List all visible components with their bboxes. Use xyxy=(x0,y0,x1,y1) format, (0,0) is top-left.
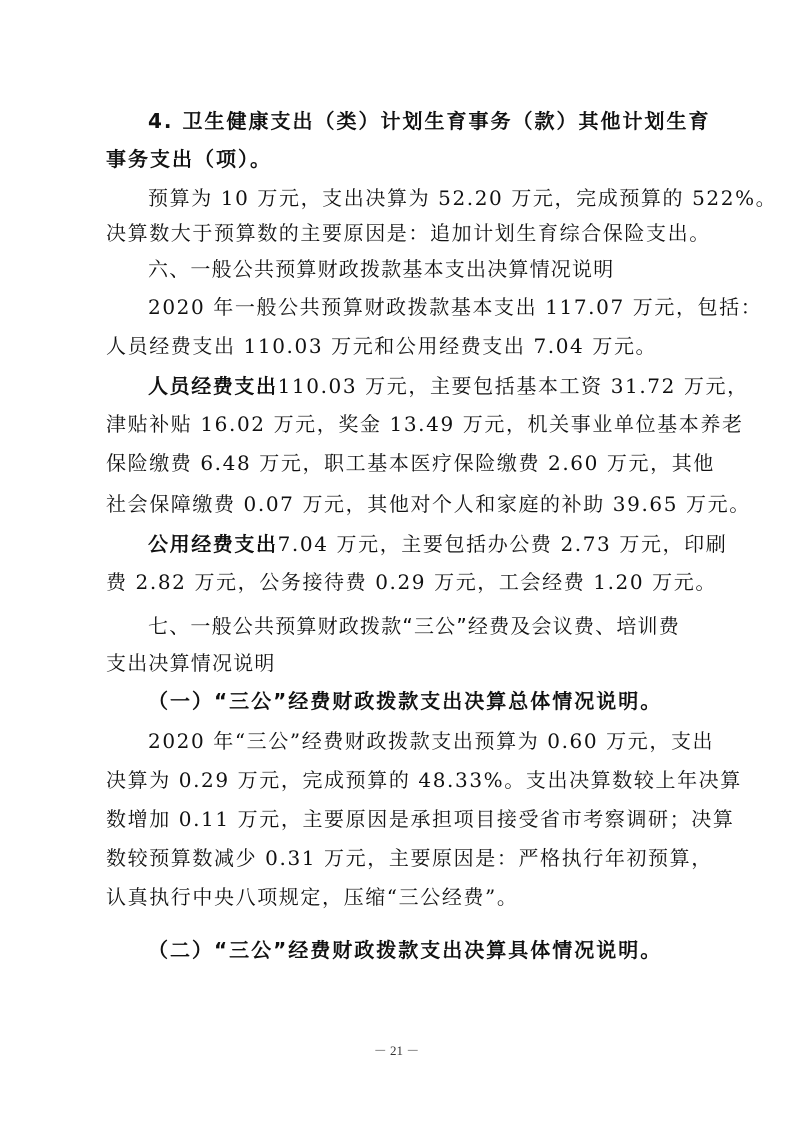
body-text: 保险缴费 6.48 万元，职工基本医疗保险缴费 2.60 万元，其他 xyxy=(106,448,715,478)
paragraph-line: 人员经费支出 110.03 万元和公用经费支出 7.04 万元。 xyxy=(0,331,793,361)
body-text: 数增加 0.11 万元，主要原因是承担项目接受省市考察调研；决算 xyxy=(106,804,734,834)
bold-term: 人员经费支出 xyxy=(148,371,278,401)
paragraph-line: 津贴补贴 16.02 万元，奖金 13.49 万元，机关事业单位基本养老 xyxy=(0,409,793,439)
heading-text: 4. 卫生健康支出（类）计划生育事务（款）其他计划生育 xyxy=(148,106,710,136)
body-text: 认真执行中央八项规定，压缩“三公经费”。 xyxy=(106,882,518,912)
body-text: 决算为 0.29 万元，完成预算的 48.33%。支出决算数较上年决算 xyxy=(106,765,742,795)
paragraph-line: 数增加 0.11 万元，主要原因是承担项目接受省市考察调研；决算 xyxy=(0,804,793,834)
subsection-title-text: （一）“三公”经费财政拨款支出决算总体情况说明。 xyxy=(148,686,662,716)
section-seven-title-line1: 七、一般公共预算财政拨款“三公”经费及会议费、培训费 xyxy=(0,611,793,641)
section-seven-title-line2: 支出决算情况说明 xyxy=(0,648,793,678)
paragraph-line: 2020 年一般公共预算财政拨款基本支出 117.07 万元，包括： xyxy=(0,292,793,322)
body-text: 2020 年一般公共预算财政拨款基本支出 117.07 万元，包括： xyxy=(148,292,762,322)
body-text: 2020 年“三公”经费财政拨款支出预算为 0.60 万元，支出 xyxy=(148,726,714,756)
paragraph-line: 数较预算数减少 0.31 万元，主要原因是：严格执行年初预算， xyxy=(0,843,793,873)
paragraph-line: 预算为 10 万元，支出决算为 52.20 万元，完成预算的 522%。 xyxy=(0,183,793,213)
bold-term: 公用经费支出 xyxy=(148,529,278,559)
body-text: 费 2.82 万元，公务接待费 0.29 万元，工会经费 1.20 万元。 xyxy=(106,567,717,597)
section-title-text: 七、一般公共预算财政拨款“三公”经费及会议费、培训费 xyxy=(148,611,680,641)
section-title-text: 支出决算情况说明 xyxy=(106,648,276,678)
subsection-one-title: （一）“三公”经费财政拨款支出决算总体情况说明。 xyxy=(0,686,793,716)
paragraph-line: 决算数大于预算数的主要原因是：追加计划生育综合保险支出。 xyxy=(0,218,793,248)
body-text: 人员经费支出 110.03 万元和公用经费支出 7.04 万元。 xyxy=(106,331,657,361)
paragraph-line: 公用经费支出 7.04 万元，主要包括办公费 2.73 万元，印刷 xyxy=(0,529,793,559)
body-text: 数较预算数减少 0.31 万元，主要原因是：严格执行年初预算， xyxy=(106,843,713,873)
paragraph-line: 社会保障缴费 0.07 万元，其他对个人和家庭的补助 39.65 万元。 xyxy=(0,489,793,519)
paragraph-line: 认真执行中央八项规定，压缩“三公经费”。 xyxy=(0,882,793,912)
body-text: 7.04 万元，主要包括办公费 2.73 万元，印刷 xyxy=(278,529,728,559)
body-text: 预算为 10 万元，支出决算为 52.20 万元，完成预算的 522%。 xyxy=(148,183,777,213)
heading-item-4-line2: 事务支出（项）。 xyxy=(0,144,793,174)
body-text: 津贴补贴 16.02 万元，奖金 13.49 万元，机关事业单位基本养老 xyxy=(106,409,744,439)
paragraph-line: 2020 年“三公”经费财政拨款支出预算为 0.60 万元，支出 xyxy=(0,726,793,756)
body-text: 社会保障缴费 0.07 万元，其他对个人和家庭的补助 39.65 万元。 xyxy=(106,489,751,519)
paragraph-line: 保险缴费 6.48 万元，职工基本医疗保险缴费 2.60 万元，其他 xyxy=(0,448,793,478)
paragraph-line: 决算为 0.29 万元，完成预算的 48.33%。支出决算数较上年决算 xyxy=(0,765,793,795)
paragraph-line: 人员经费支出 110.03 万元，主要包括基本工资 31.72 万元， xyxy=(0,371,793,401)
heading-item-4-line1: 4. 卫生健康支出（类）计划生育事务（款）其他计划生育 xyxy=(0,106,793,136)
subsection-title-text: （二）“三公”经费财政拨款支出决算具体情况说明。 xyxy=(148,935,662,965)
body-text: 决算数大于预算数的主要原因是：追加计划生育综合保险支出。 xyxy=(106,218,711,248)
subsection-two-title: （二）“三公”经费财政拨款支出决算具体情况说明。 xyxy=(0,935,793,965)
body-text: 110.03 万元，主要包括基本工资 31.72 万元， xyxy=(278,371,749,401)
page-number: － 21 － xyxy=(0,1040,793,1059)
paragraph-line: 费 2.82 万元，公务接待费 0.29 万元，工会经费 1.20 万元。 xyxy=(0,567,793,597)
section-six-title: 六、一般公共预算财政拨款基本支出决算情况说明 xyxy=(0,254,793,284)
heading-text: 事务支出（项）。 xyxy=(106,144,272,174)
section-title-text: 六、一般公共预算财政拨款基本支出决算情况说明 xyxy=(148,254,614,284)
